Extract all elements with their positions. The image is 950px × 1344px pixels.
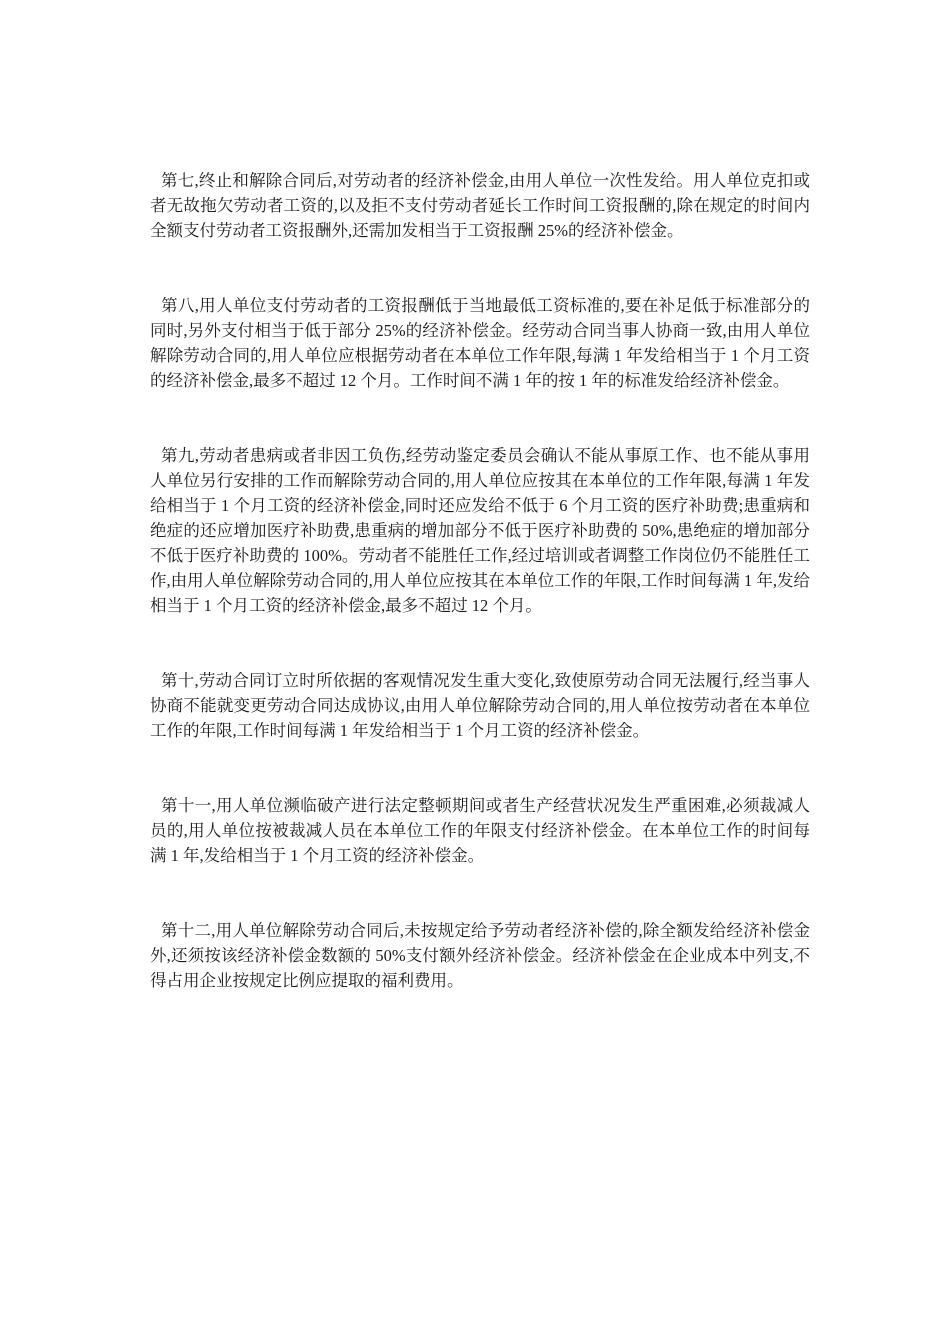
paragraph-article-8: 第八,用人单位支付劳动者的工资报酬低于当地最低工资标准的,要在补足低于标准部分的… bbox=[150, 293, 810, 393]
paragraph-article-7: 第七,终止和解除合同后,对劳动者的经济补偿金,由用人单位一次性发给。用人单位克扣… bbox=[150, 168, 810, 243]
paragraph-article-9: 第九,劳动者患病或者非因工负伤,经劳动鉴定委员会确认不能从事原工作、也不能从事用… bbox=[150, 443, 810, 618]
paragraph-article-10: 第十,劳动合同订立时所依据的客观情况发生重大变化,致使原劳动合同无法履行,经当事… bbox=[150, 668, 810, 743]
paragraph-article-11: 第十一,用人单位濒临破产进行法定整顿期间或者生产经营状况发生严重困难,必须裁减人… bbox=[150, 793, 810, 868]
paragraph-article-12: 第十二,用人单位解除劳动合同后,未按规定给予劳动者经济补偿的,除全额发给经济补偿… bbox=[150, 918, 810, 993]
document-page: 第七,终止和解除合同后,对劳动者的经济补偿金,由用人单位一次性发给。用人单位克扣… bbox=[0, 0, 950, 1344]
